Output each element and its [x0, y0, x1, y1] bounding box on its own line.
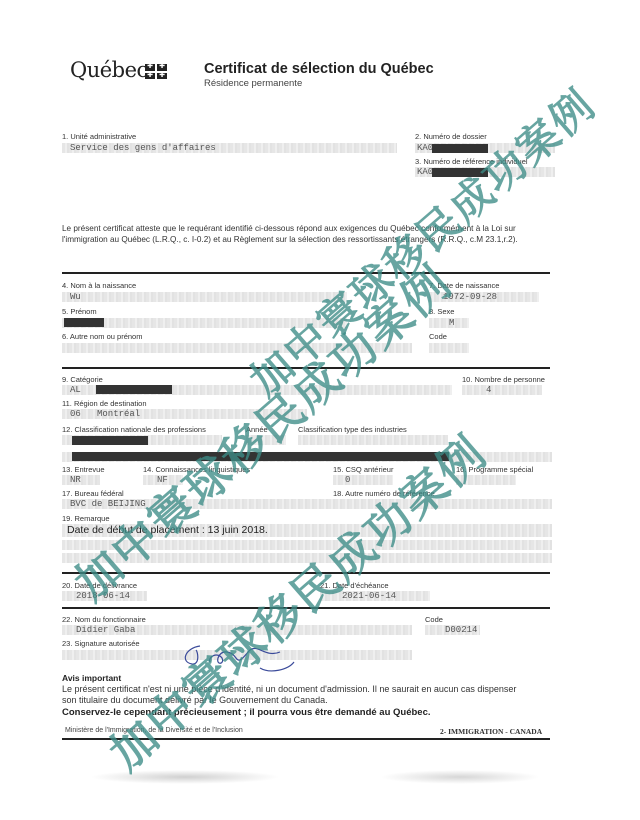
birth-name-value: Wu [62, 292, 347, 302]
birth-date-label: 7. Date de naissance [429, 281, 499, 290]
expiry-date-label: 21. Date d'échéance [320, 581, 389, 590]
redaction-bar [72, 436, 148, 445]
special-program-label: 16. Programme spécial [456, 465, 533, 474]
category-label: 9. Catégorie [62, 375, 103, 384]
first-name-label: 5. Prénom [62, 307, 97, 316]
sex-label: 8. Sexe [429, 307, 454, 316]
notice-line-1: Le présent certificat n'est ni une pièce… [62, 684, 516, 695]
noc-label: 12. Classification nationale des profess… [62, 425, 206, 434]
attestation-line-2: l'immigration au Québec (L.R.Q., c. I-0.… [62, 234, 518, 245]
redaction-bar [432, 168, 488, 177]
file-number-label: 2. Numéro de dossier [415, 132, 487, 141]
signature-scribble-icon [170, 638, 300, 678]
remark-value: Date de début de placement : 13 juin 201… [67, 524, 268, 536]
footer-divider [62, 738, 550, 740]
attestation-line-1: Le présent certificat atteste que le req… [62, 223, 516, 234]
federal-office-value: BVC de BEIJING [62, 499, 552, 509]
region-label: 11. Région de destination [62, 399, 147, 408]
copy-footer: 2- IMMIGRATION - CANADA [440, 727, 542, 736]
officer-code-label: Code [425, 615, 443, 624]
interview-label: 13. Entrevue [62, 465, 105, 474]
unit-value: Service des gens d'affaires [62, 143, 397, 153]
certificate-page: Québec ✚✚✚✚ Certificat de sélection du Q… [0, 0, 640, 820]
industry-label: Classification type des industries [298, 425, 407, 434]
officer-name-value: Didier Gaba [62, 625, 412, 635]
notice-bold: Conservez-le cependant précieusement ; i… [62, 707, 431, 718]
quebec-logo: Québec [70, 58, 148, 82]
remark-label: 19. Remarque [62, 514, 110, 523]
fleur-de-lis-flag-icon: ✚✚✚✚ [145, 64, 167, 79]
officer-name-label: 22. Nom du fonctionnaire [62, 615, 146, 624]
remark-line-2 [62, 540, 552, 550]
year-label: Année [246, 425, 268, 434]
notice-line-2: son titulaire du document délivré par le… [62, 695, 328, 706]
language-label: 14. Connaissances linguistiques [143, 465, 250, 474]
issue-date-label: 20. Date de délivrance [62, 581, 137, 590]
redaction-bar [64, 318, 104, 327]
page-shadow [90, 770, 280, 784]
birth-date-value: 1972-09-28 [429, 292, 539, 302]
page-shadow [380, 770, 540, 784]
document-subtitle: Résidence permanente [204, 78, 302, 89]
remark-line-3 [62, 553, 552, 563]
year-field [246, 435, 286, 445]
prior-csq-label: 15. CSQ antérieur [333, 465, 393, 474]
region-value: 06 Montréal [62, 409, 307, 419]
officer-code-value: D00214 [425, 625, 480, 635]
ministry-footer: Ministère de l'Immigration, de la Divers… [65, 727, 243, 734]
special-program-field [456, 475, 516, 485]
section-divider [62, 572, 550, 574]
code-label: Code [429, 332, 447, 341]
prior-csq-value: 0 [333, 475, 393, 485]
redaction-bar [432, 144, 488, 153]
code-field [429, 343, 469, 353]
section-divider [62, 607, 550, 609]
section-divider [62, 367, 550, 369]
industry-field [298, 435, 448, 445]
document-title: Certificat de sélection du Québec [204, 61, 434, 77]
first-name-field [62, 318, 347, 328]
redaction-bar [72, 452, 449, 461]
language-value: NF [143, 475, 183, 485]
issue-date-value: 2018-06-14 [62, 591, 147, 601]
individual-ref-label: 3. Numéro de référence individuel [415, 157, 528, 166]
other-name-field [62, 343, 412, 353]
section-divider [62, 272, 550, 274]
notice-heading: Avis important [62, 673, 121, 683]
federal-office-label: 17. Bureau fédéral [62, 489, 124, 498]
unit-label: 1. Unité administrative [62, 132, 136, 141]
birth-name-label: 4. Nom à la naissance [62, 281, 136, 290]
other-ref-label: 18. Autre numéro de référence [333, 489, 435, 498]
signature-label: 23. Signature autorisée [62, 639, 140, 648]
redaction-bar [96, 385, 172, 394]
interview-value: NR [62, 475, 100, 485]
sex-value: M [429, 318, 469, 328]
expiry-date-value: 2021-06-14 [320, 591, 430, 601]
persons-value: 4 [462, 385, 542, 395]
other-name-label: 6. Autre nom ou prénom [62, 332, 142, 341]
persons-label: 10. Nombre de personne [462, 375, 545, 384]
